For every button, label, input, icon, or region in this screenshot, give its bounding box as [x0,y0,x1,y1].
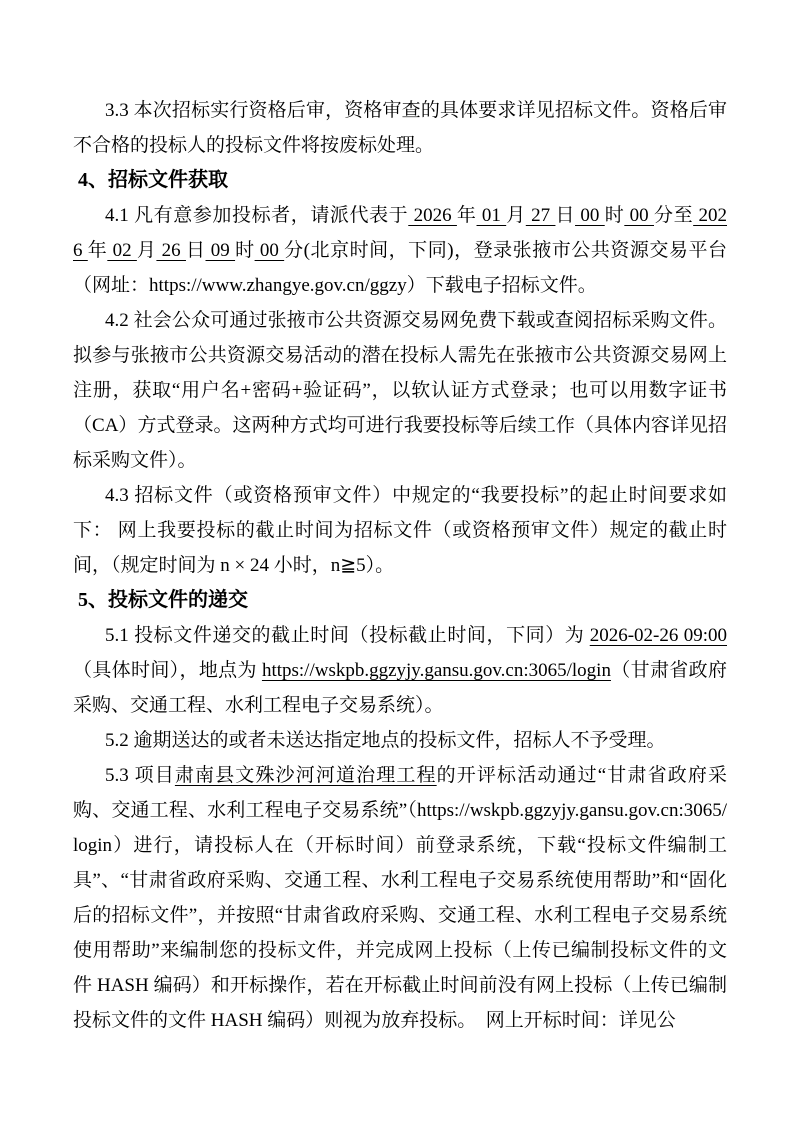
day-label: 日 [555,205,575,226]
clause-5-1-run: （具体时间），地点为 [73,660,262,681]
clause-3-3: 3.3 本次招标实行资格后审，资格审查的具体要求详见招标文件。资格后审不合格的投… [73,93,727,163]
obtain-end-hour-value: 09 [206,240,236,261]
hour-label: 时 [235,240,255,261]
clause-4-1-run: ）下载电子招标文件。 [407,275,597,296]
obtain-end-minute-value: 00 [255,240,285,261]
obtain-start-hour-value: 00 [575,205,605,226]
submission-url-value: https://wskpb.ggzyjy.gansu.gov.cn:3065/l… [262,660,611,681]
year-label: 年 [88,240,108,261]
hour-label: 时 [605,205,625,226]
bid-deadline-value: 2026-02-26 09:00 [590,625,727,646]
obtain-end-day-value: 26 [156,240,186,261]
clause-5-3-run: 5.3 项目 [105,765,175,786]
project-name-value: 肃南县文殊沙河河道治理工程 [175,765,437,786]
month-label: 月 [506,205,526,226]
clause-5-3-run: ）进行，请投标人在（开标时间）前登录系统，下载“投标文件编制工具”、“甘肃省政府… [73,835,727,1031]
clause-5-1-run: 5.1 投标文件递交的截止时间（投标截止时间，下同）为 [105,625,590,646]
clause-4-2: 4.2 社会公众可通过张掖市公共资源交易网免费下载或查阅招标采购文件。拟参与张掖… [73,303,727,478]
document-page: 3.3 本次招标实行资格后审，资格审查的具体要求详见招标文件。资格后审不合格的投… [0,0,793,1122]
clause-5-2: 5.2 逾期送达的或者未送达指定地点的投标文件，招标人不予受理。 [73,723,727,758]
year-label: 年 [457,205,477,226]
obtain-start-year-value: 2026 [408,205,457,226]
minute-to-label: 分至 [654,205,693,226]
clause-3-3-text: 3.3 本次招标实行资格后审，资格审查的具体要求详见招标文件。资格后审不合格的投… [73,100,727,156]
month-label: 月 [137,240,157,261]
section-5-heading: 5、投标文件的递交 [73,583,727,618]
clause-4-1-run: 4.1 凡有意参加投标者，请派代表于 [105,205,408,226]
clause-5-2-text: 5.2 逾期送达的或者未送达指定地点的投标文件，招标人不予受理。 [105,730,666,751]
clause-5-3: 5.3 项目肃南县文殊沙河河道治理工程的开评标活动通过“甘肃省政府采购、交通工程… [73,758,727,1038]
clause-5-1: 5.1 投标文件递交的截止时间（投标截止时间，下同）为 2026-02-26 0… [73,618,727,723]
download-portal-url: https://www.zhangye.gov.cn/ggzy [149,275,407,296]
section-4-heading: 4、招标文件获取 [73,163,727,198]
clause-4-2-text: 4.2 社会公众可通过张掖市公共资源交易网免费下载或查阅招标采购文件。拟参与张掖… [73,310,727,471]
obtain-start-minute-value: 00 [624,205,654,226]
clause-4-3: 4.3 招标文件（或资格预审文件）中规定的“我要投标”的起止时间要求如下： 网上… [73,478,727,583]
obtain-start-month-value: 01 [477,205,507,226]
clause-4-1: 4.1 凡有意参加投标者，请派代表于 2026 年 01 月 27 日 00 时… [73,198,727,303]
clause-4-3-text: 4.3 招标文件（或资格预审文件）中规定的“我要投标”的起止时间要求如下： 网上… [73,485,727,576]
day-label: 日 [186,240,206,261]
obtain-end-month-value: 02 [107,240,137,261]
obtain-start-day-value: 27 [526,205,556,226]
